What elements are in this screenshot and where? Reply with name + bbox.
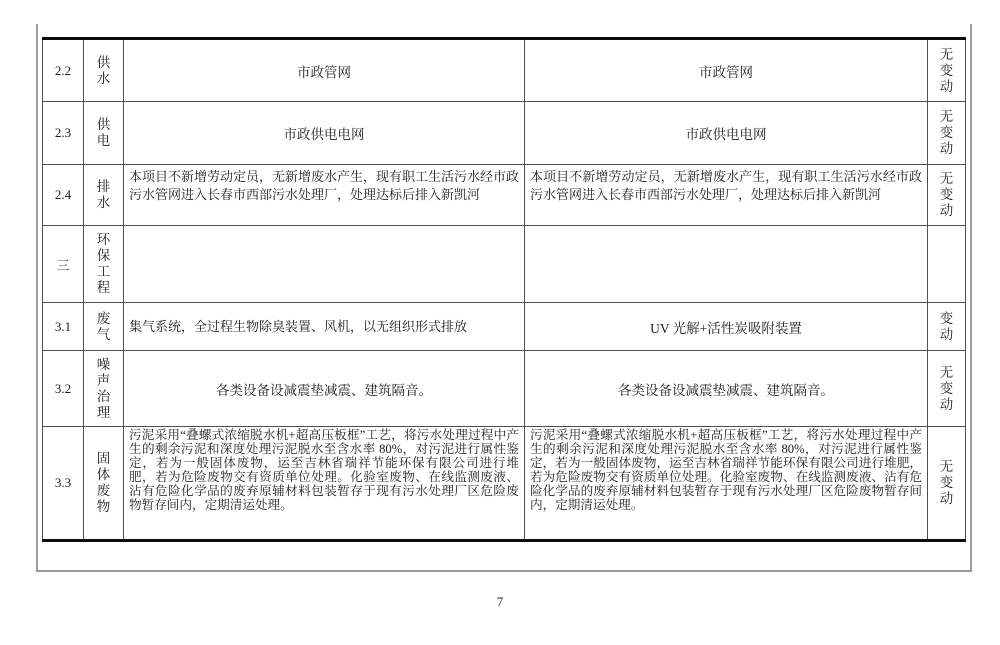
cell-status: 变动 [928,303,966,351]
cell-before: 集气系统，全过程生物除臭装置、风机，以无组织形式排放 [124,303,525,351]
page-number: 7 [0,594,1000,610]
cell-number: 2.2 [43,39,84,102]
cell-before: 污泥采用“叠螺式浓缩脱水机+超高压板框”工艺，将污水处理过程中产生的剩余污泥和深… [124,427,525,541]
category-label: 环保工程 [96,232,110,296]
cell-number: 3.3 [43,427,84,541]
status-label: 无变动 [939,365,953,413]
table-row-2-4: 2.4 排水 本项目不新增劳动定员，无新增废水产生，现有职工生活污水经市政污水管… [43,165,966,226]
status-label: 无变动 [939,47,953,95]
status-label: 无变动 [939,109,953,157]
category-label: 排水 [96,179,110,211]
cell-after: 市政管网 [525,39,928,102]
cell-after: 本项目不新增劳动定员，无新增废水产生，现有职工生活污水经市政污水管网进入长春市西… [525,165,928,226]
cell-after [525,226,928,303]
cell-category: 供电 [84,102,124,165]
cell-before: 市政供电电网 [124,102,525,165]
document-page: 2.2 供水 市政管网 市政管网 无变动 2.3 供电 市政供电电网 市政供电电… [0,0,1000,645]
cell-category: 环保工程 [84,226,124,303]
cell-before [124,226,525,303]
cell-before: 市政管网 [124,39,525,102]
cell-after: 各类设备设减震垫减震、建筑隔音。 [525,351,928,427]
cell-after: 污泥采用“叠螺式浓缩脱水机+超高压板框”工艺，将污水处理过程中产生的剩余污泥和深… [525,427,928,541]
cell-before: 本项目不新增劳动定员，无新增废水产生，现有职工生活污水经市政污水管网进入长春市西… [124,165,525,226]
cell-category: 供水 [84,39,124,102]
cell-status: 无变动 [928,351,966,427]
cell-category: 排水 [84,165,124,226]
category-label: 供电 [96,117,110,149]
cell-category: 噪声治理 [84,351,124,427]
cell-number: 3.1 [43,303,84,351]
table-row-2-3: 2.3 供电 市政供电电网 市政供电电网 无变动 [43,102,966,165]
table-row-3-2: 3.2 噪声治理 各类设备设减震垫减震、建筑隔音。 各类设备设减震垫减震、建筑隔… [43,351,966,427]
cell-category: 废气 [84,303,124,351]
cell-number: 2.4 [43,165,84,226]
table-row-2-2: 2.2 供水 市政管网 市政管网 无变动 [43,39,966,102]
cell-status: 无变动 [928,165,966,226]
category-label: 废气 [96,311,110,343]
comparison-table: 2.2 供水 市政管网 市政管网 无变动 2.3 供电 市政供电电网 市政供电电… [42,37,966,542]
cell-status: 无变动 [928,427,966,541]
cell-number: 三 [43,226,84,303]
table-row-3-3: 3.3 固体废物 污泥采用“叠螺式浓缩脱水机+超高压板框”工艺，将污水处理过程中… [43,427,966,541]
category-label: 固体废物 [96,451,110,515]
category-label: 噪声治理 [96,357,110,421]
cell-number: 3.2 [43,351,84,427]
cell-before: 各类设备设减震垫减震、建筑隔音。 [124,351,525,427]
cell-status: 无变动 [928,102,966,165]
cell-status: 无变动 [928,39,966,102]
cell-number: 2.3 [43,102,84,165]
table-row-section-3: 三 环保工程 [43,226,966,303]
status-label: 无变动 [939,459,953,507]
category-label: 供水 [96,55,110,87]
cell-after: 市政供电电网 [525,102,928,165]
status-label: 无变动 [939,171,953,219]
status-label: 变动 [939,311,953,343]
cell-after: UV 光解+活性炭吸附装置 [525,303,928,351]
cell-status [928,226,966,303]
cell-category: 固体废物 [84,427,124,541]
table-row-3-1: 3.1 废气 集气系统，全过程生物除臭装置、风机，以无组织形式排放 UV 光解+… [43,303,966,351]
